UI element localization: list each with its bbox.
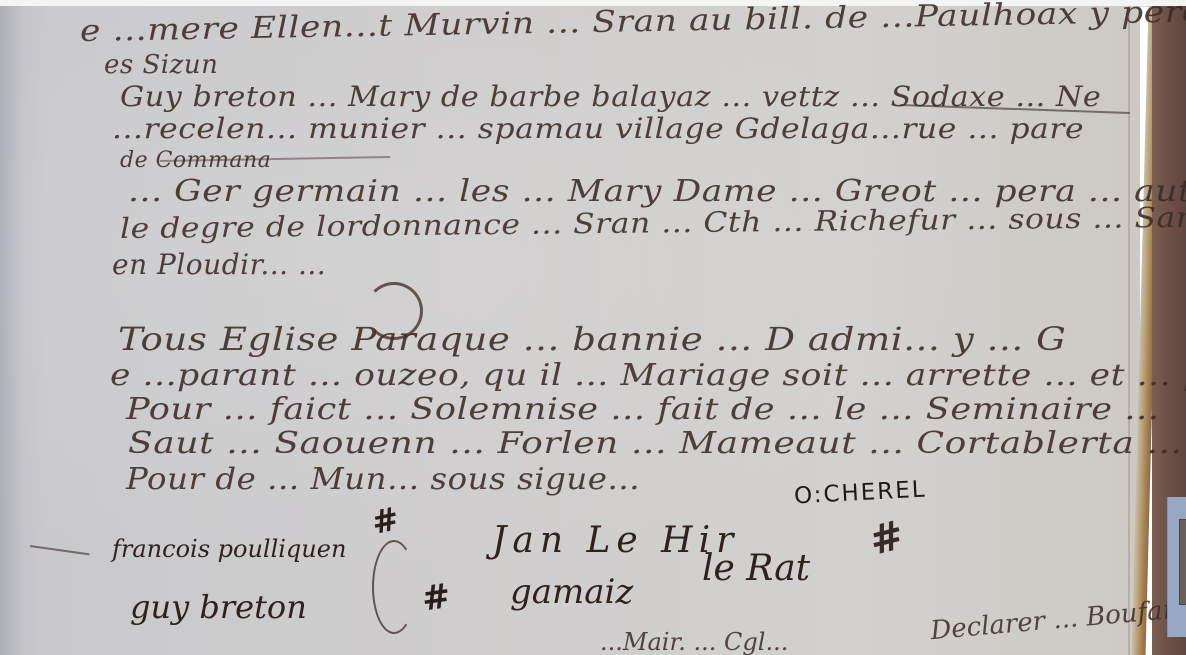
handwritten-line: e ...parant ... ouzeo, qu il ... Mariage…	[110, 358, 1186, 393]
signature-gamaiz: gamaiz	[510, 572, 633, 612]
handwritten-line: es Sizun	[104, 50, 218, 80]
page-shadow	[0, 6, 24, 655]
handwritten-line: Tous Eglise Paraque ... bannie ... D adm…	[118, 320, 1066, 358]
signature-francois-poulliquen: francois poulliquen	[112, 535, 346, 563]
handwritten-line-partial: ...Mair. ... Cgl...	[600, 628, 788, 655]
handwritten-line: Pour ... faict ... Solemnise ... fait de…	[126, 392, 1160, 427]
witness-mark-icon: #	[419, 576, 449, 619]
handwritten-line: Guy breton ... Mary de barbe balayaz ...…	[120, 80, 1101, 113]
signature-guy-breton: guy breton	[130, 588, 307, 626]
page-scroll-handle[interactable]	[1167, 497, 1186, 637]
handwritten-line: Pour de ... Mun... sous sigue...	[126, 462, 640, 497]
handwritten-line: Saut ... Saouenn ... Forlen ... Mameaut …	[128, 426, 1186, 461]
document-viewer: e ...mere Ellen...t Murvin ... Sran au b…	[0, 0, 1186, 655]
handwritten-line: en Ploudir... ...	[112, 248, 326, 281]
signature-loop-flourish	[372, 540, 416, 634]
paraph-flourish	[365, 282, 423, 340]
handwritten-line: ...recelen... munier ... spamau village …	[112, 112, 1084, 145]
signature-le-rat: le Rat	[702, 548, 810, 589]
page-fold	[1128, 6, 1130, 655]
scroll-thumb[interactable]	[1179, 519, 1186, 605]
